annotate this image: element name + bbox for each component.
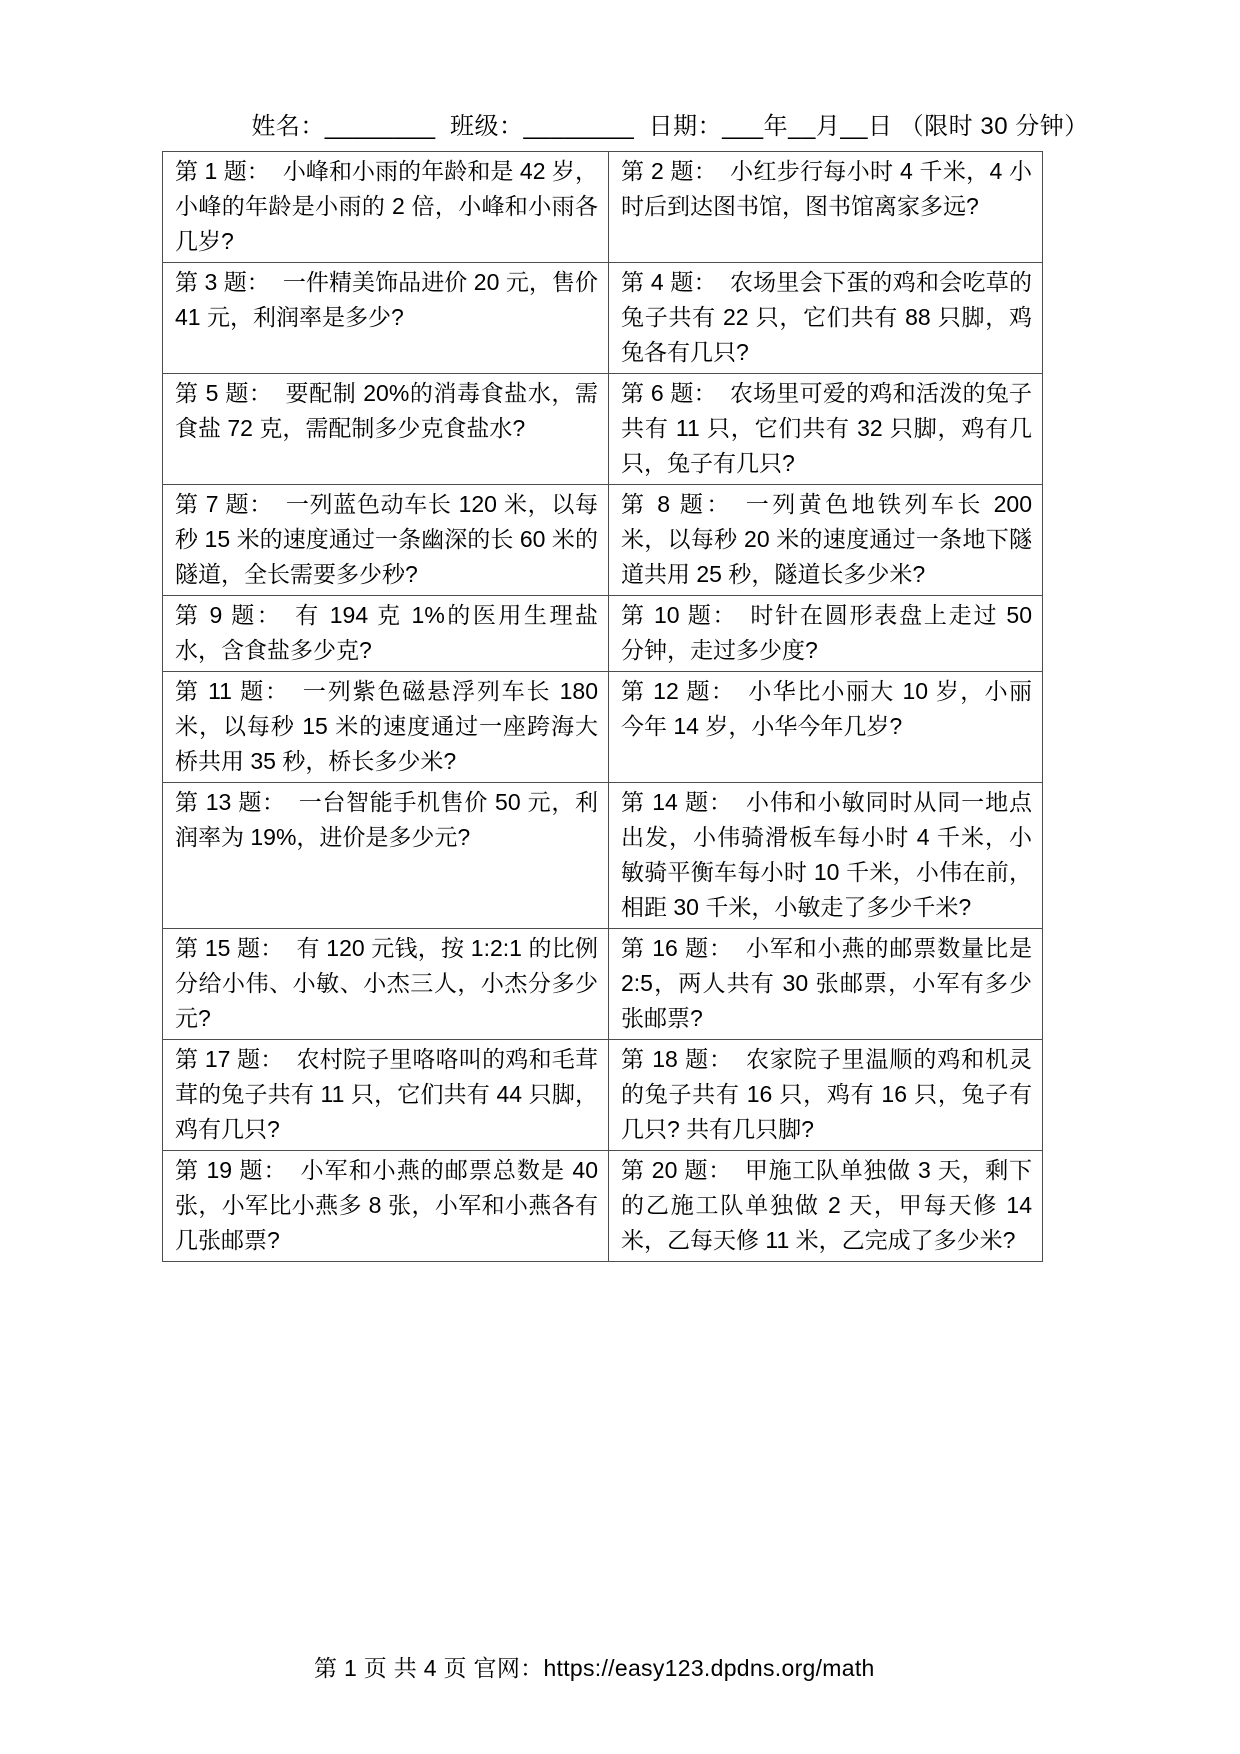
problem-cell: 第 18 题：农家院子里温顺的鸡和机灵的兔子共有 16 只，鸡有 16 只，兔子… — [609, 1040, 1043, 1151]
site-label: 官网： — [474, 1655, 544, 1681]
problem-label: 第 5 题： — [175, 380, 273, 406]
problem-cell: 第 3 题：一件精美饰品进价 20 元，售价 41 元，利润率是多少? — [163, 263, 609, 374]
worksheet-page: { "page": { "background": "#ffffff", "te… — [0, 0, 1240, 1754]
problem-label: 第 10 题： — [621, 602, 737, 628]
problem-cell: 第 11 题：一列紫色磁悬浮列车长 180 米，以每秒 15 米的速度通过一座跨… — [163, 672, 609, 783]
problem-label: 第 2 题： — [621, 158, 717, 184]
site-url: https://easy123.dpdns.org/math — [543, 1655, 874, 1681]
problem-cell: 第 15 题：有 120 元钱，按 1:2:1 的比例分给小伟、小敏、小杰三人，… — [163, 929, 609, 1040]
table-row: 第 1 题：小峰和小雨的年龄和是 42 岁，小峰的年龄是小雨的 2 倍，小峰和小… — [163, 152, 1043, 263]
problem-cell: 第 4 题：农场里会下蛋的鸡和会吃草的兔子共有 22 只，它们共有 88 只脚，… — [609, 263, 1043, 374]
problem-label: 第 11 题： — [175, 678, 290, 704]
problem-label: 第 7 题： — [175, 491, 273, 517]
problem-label: 第 17 题： — [175, 1046, 283, 1072]
problem-cell: 第 6 题：农场里可爱的鸡和活泼的兔子共有 11 只，它们共有 32 只脚，鸡有… — [609, 374, 1043, 485]
problem-label: 第 14 题： — [621, 789, 733, 815]
problem-label: 第 1 题： — [175, 158, 270, 184]
problem-cell: 第 10 题：时针在圆形表盘上走过 50 分钟，走过多少度? — [609, 596, 1043, 672]
problem-cell: 第 12 题：小华比小丽大 10 岁，小丽今年 14 岁，小华今年几岁? — [609, 672, 1043, 783]
problem-label: 第 18 题： — [621, 1046, 733, 1072]
table-row: 第 9 题：有 194 克 1%的医用生理盐水，含食盐多少克? 第 10 题：时… — [163, 596, 1043, 672]
table-row: 第 15 题：有 120 元钱，按 1:2:1 的比例分给小伟、小敏、小杰三人，… — [163, 929, 1043, 1040]
problem-cell: 第 17 题：农村院子里咯咯叫的鸡和毛茸茸的兔子共有 11 只，它们共有 44 … — [163, 1040, 609, 1151]
problem-cell: 第 16 题：小军和小燕的邮票数量比是 2:5，两人共有 30 张邮票，小军有多… — [609, 929, 1043, 1040]
problem-label: 第 12 题： — [621, 678, 735, 704]
name-class-date-line: 姓名：________ 班级：________ 日期：___年__月__日 （限… — [251, 113, 1088, 140]
problem-cell: 第 9 题：有 194 克 1%的医用生理盐水，含食盐多少克? — [163, 596, 609, 672]
table-row: 第 3 题：一件精美饰品进价 20 元，售价 41 元，利润率是多少? 第 4 … — [163, 263, 1043, 374]
problem-label: 第 20 题： — [621, 1157, 732, 1183]
problem-label: 第 13 题： — [175, 789, 286, 815]
problem-label: 第 19 题： — [175, 1157, 288, 1183]
problem-cell: 第 20 题：甲施工队单独做 3 天，剩下的乙施工队单独做 2 天，甲每天修 1… — [609, 1151, 1043, 1262]
problem-label: 第 16 题： — [621, 935, 733, 961]
table-row: 第 17 题：农村院子里咯咯叫的鸡和毛茸茸的兔子共有 11 只，它们共有 44 … — [163, 1040, 1043, 1151]
table-row: 第 7 题：一列蓝色动车长 120 米，以每秒 15 米的速度通过一条幽深的长 … — [163, 485, 1043, 596]
table-row: 第 5 题：要配制 20%的消毒食盐水，需食盐 72 克，需配制多少克食盐水? … — [163, 374, 1043, 485]
problem-label: 第 3 题： — [175, 269, 270, 295]
problem-label: 第 4 题： — [621, 269, 717, 295]
problem-label: 第 8 题： — [621, 491, 733, 517]
table-row: 第 19 题：小军和小燕的邮票总数是 40 张，小军比小燕多 8 张，小军和小燕… — [163, 1151, 1043, 1262]
problem-label: 第 15 题： — [175, 935, 283, 961]
problem-cell: 第 2 题：小红步行每小时 4 千米，4 小时后到达图书馆，图书馆离家多远? — [609, 152, 1043, 263]
problem-label: 第 6 题： — [621, 380, 717, 406]
table-row: 第 11 题：一列紫色磁悬浮列车长 180 米，以每秒 15 米的速度通过一座跨… — [163, 672, 1043, 783]
problems-table: 第 1 题：小峰和小雨的年龄和是 42 岁，小峰的年龄是小雨的 2 倍，小峰和小… — [162, 151, 1043, 1262]
problem-cell: 第 1 题：小峰和小雨的年龄和是 42 岁，小峰的年龄是小雨的 2 倍，小峰和小… — [163, 152, 609, 263]
page-number-info: 第 1 页 共 4 页 — [314, 1655, 474, 1681]
problem-cell: 第 8 题：一列黄色地铁列车长 200 米，以每秒 20 米的速度通过一条地下隧… — [609, 485, 1043, 596]
problem-cell: 第 14 题：小伟和小敏同时从同一地点出发，小伟骑滑板车每小时 4 千米，小敏骑… — [609, 783, 1043, 929]
table-row: 第 13 题：一台智能手机售价 50 元，利润率为 19%，进价是多少元? 第 … — [163, 783, 1043, 929]
problem-cell: 第 5 题：要配制 20%的消毒食盐水，需食盐 72 克，需配制多少克食盐水? — [163, 374, 609, 485]
worksheet-header: 姓名：________ 班级：________ 日期：___年__月__日 （限… — [237, 78, 1089, 141]
problem-cell: 第 19 题：小军和小燕的邮票总数是 40 张，小军比小燕多 8 张，小军和小燕… — [163, 1151, 609, 1262]
page-footer: 第 1 页 共 4 页 官网：https://easy123.dpdns.org… — [314, 1650, 875, 1683]
problem-cell: 第 7 题：一列蓝色动车长 120 米，以每秒 15 米的速度通过一条幽深的长 … — [163, 485, 609, 596]
problem-label: 第 9 题： — [175, 602, 282, 628]
problem-cell: 第 13 题：一台智能手机售价 50 元，利润率为 19%，进价是多少元? — [163, 783, 609, 929]
